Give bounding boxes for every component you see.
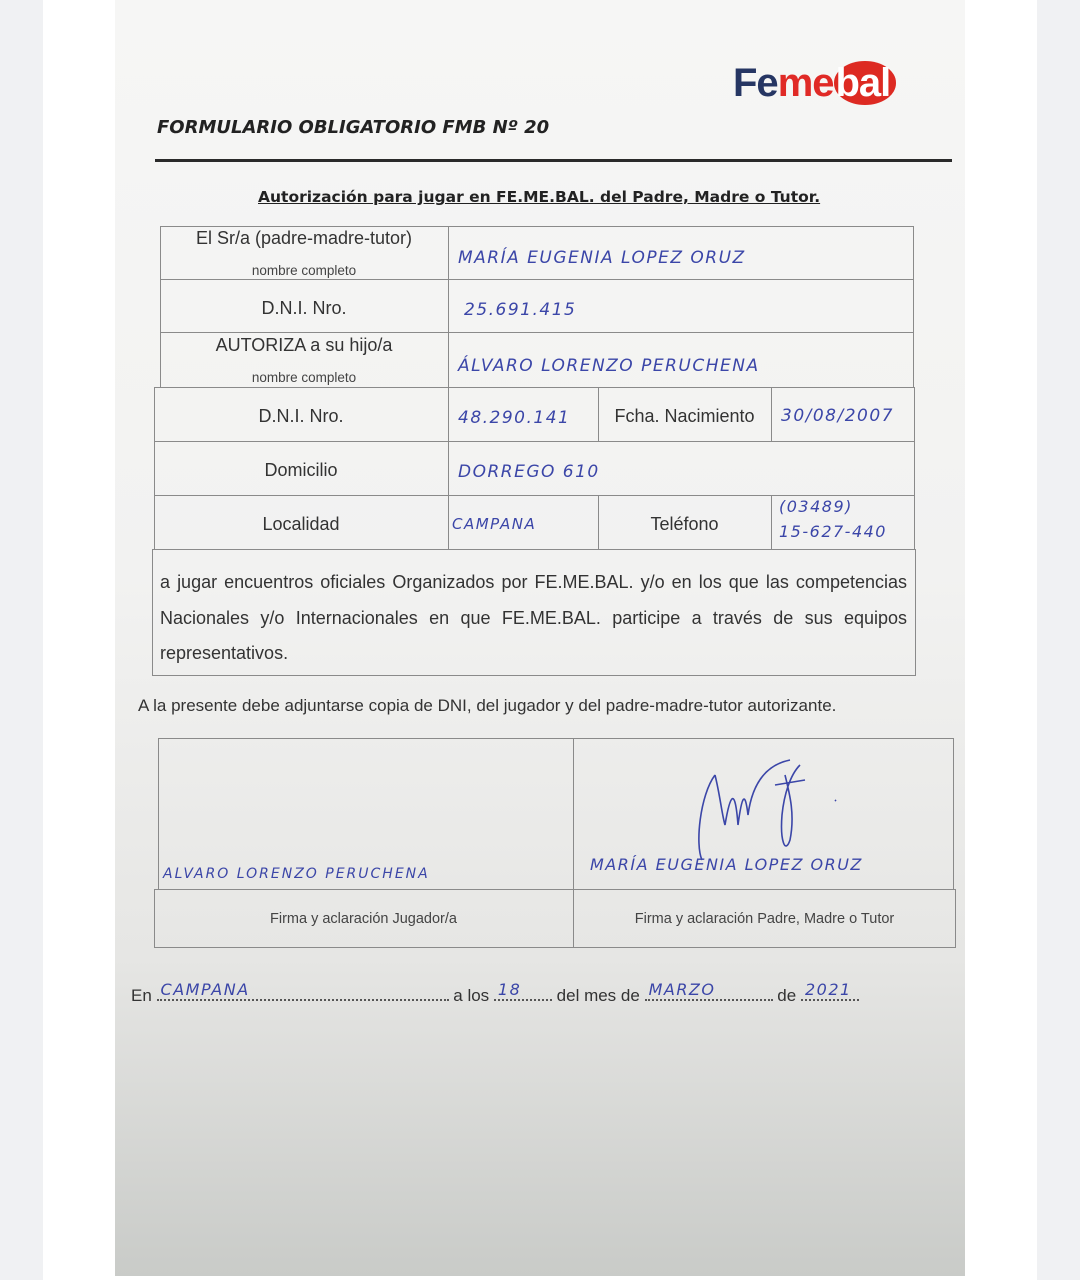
form-title: FORMULARIO OBLIGATORIO FMB Nº 20 — [157, 117, 549, 138]
birth-date-label: Fcha. Nacimiento — [598, 406, 771, 427]
address-field[interactable]: DORREGO 610 — [458, 462, 600, 482]
guardian-dni-field[interactable]: 25.691.415 — [464, 300, 576, 320]
guardian-label: El Sr/a (padre-madre-tutor) — [160, 228, 448, 249]
guardian-signature-caption: Firma y aclaración Padre, Madre o Tutor — [573, 911, 956, 927]
phone-field-line2[interactable]: 15-627-440 — [779, 522, 887, 541]
column-divider — [448, 226, 449, 550]
child-sublabel: nombre completo — [160, 370, 448, 385]
city-field[interactable]: CAMPANA — [452, 515, 536, 533]
row-divider — [160, 332, 914, 333]
title-divider — [155, 159, 952, 162]
child-dni-label: D.N.I. Nro. — [154, 406, 448, 427]
child-dni-field[interactable]: 48.290.141 — [458, 408, 570, 428]
form-subtitle: Autorización para jugar en FE.ME.BAL. de… — [258, 188, 820, 206]
authorization-text: a jugar encuentros oficiales Organizados… — [160, 565, 907, 672]
city-label: Localidad — [154, 514, 448, 535]
guardian-signature-name[interactable]: MARÍA EUGENIA LOPEZ ORUZ — [590, 855, 863, 874]
address-label: Domicilio — [154, 460, 448, 481]
player-signature-caption: Firma y aclaración Jugador/a — [154, 911, 573, 927]
guardian-signature-scribble — [690, 755, 840, 865]
guardian-dni-label: D.N.I. Nro. — [160, 298, 448, 319]
column-divider — [771, 495, 772, 550]
player-signature-name[interactable]: ALVARO LORENZO PERUCHENA — [163, 866, 430, 882]
femebal-logo: Femebal — [733, 60, 896, 106]
phone-label: Teléfono — [598, 514, 771, 535]
birth-date-field[interactable]: 30/08/2007 — [781, 406, 894, 426]
guardian-name-field[interactable]: MARÍA EUGENIA LOPEZ ORUZ — [458, 248, 746, 268]
month-field[interactable]: MARZO — [645, 985, 773, 1001]
year-field[interactable]: 2021 — [801, 985, 859, 1001]
column-divider — [771, 387, 772, 441]
date-place-line: En CAMPANA a los 18 del mes de MARZO de … — [131, 985, 859, 1006]
row-divider — [160, 279, 914, 280]
child-name-field[interactable]: ÁLVARO LORENZO PERUCHENA — [458, 356, 760, 376]
phone-field-line1[interactable]: (03489) — [779, 497, 853, 516]
row-divider — [154, 441, 915, 442]
attachment-note: A la presente debe adjuntarse copia de D… — [138, 696, 836, 716]
row-divider — [154, 495, 915, 496]
child-label: AUTORIZA a su hijo/a — [160, 335, 448, 356]
day-field[interactable]: 18 — [494, 985, 552, 1001]
place-field[interactable]: CAMPANA — [157, 985, 449, 1001]
guardian-sublabel: nombre completo — [160, 263, 448, 278]
